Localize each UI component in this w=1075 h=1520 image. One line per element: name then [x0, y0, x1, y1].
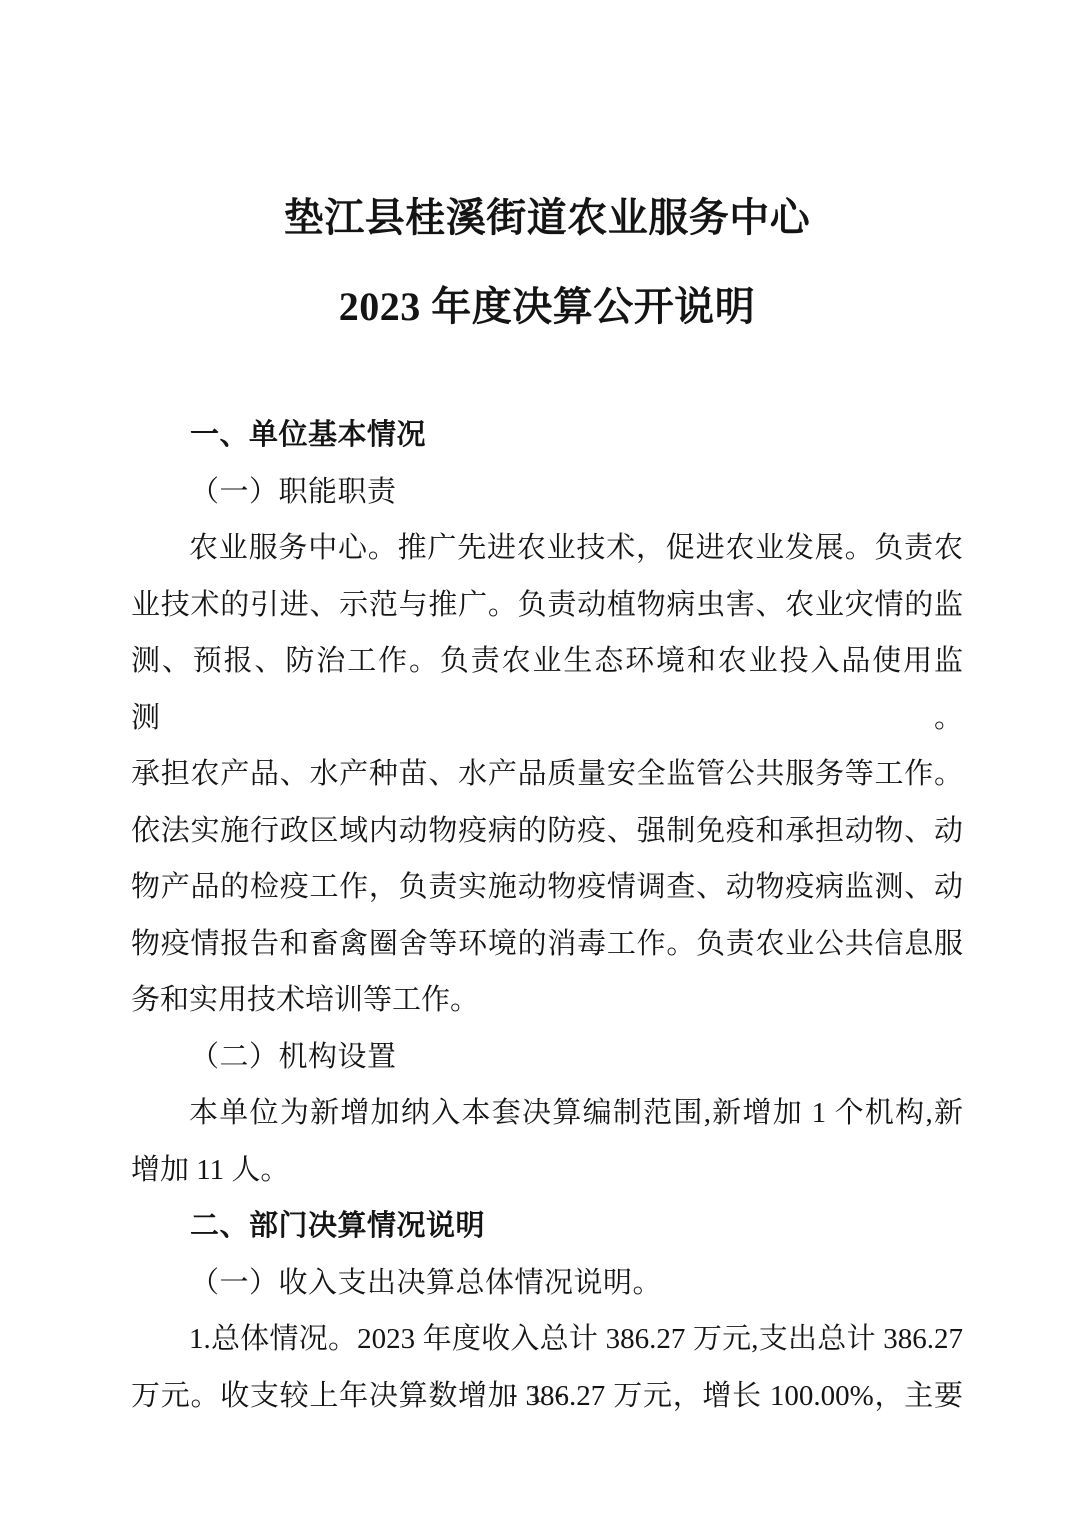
sub-section-heading: （二）机构设置 [131, 1029, 963, 1086]
paragraph-line: 业技术的引进、示范与推广。负责动植物病虫害、农业灾情的监 [131, 577, 963, 634]
document-title-line1: 垫江县桂溪街道农业服务中心 [131, 188, 963, 248]
paragraph-line: 增加 11 人。 [131, 1142, 963, 1199]
document-body: 一、单位基本情况（一）职能职责农业服务中心。推广先进农业技术，促进农业发展。负责… [131, 407, 963, 1424]
document-page: 垫江县桂溪街道农业服务中心 2023 年度决算公开说明 一、单位基本情况（一）职… [0, 0, 1075, 1520]
document-title-line2: 2023 年度决算公开说明 [131, 277, 963, 337]
section-heading: 一、单位基本情况 [131, 407, 963, 464]
paragraph-line: 测、预报、防治工作。负责农业生态环境和农业投入品使用监测。 [131, 633, 963, 746]
section-heading: 二、部门决算情况说明 [131, 1198, 963, 1255]
paragraph-line: 本单位为新增加纳入本套决算编制范围,新增加 1 个机构,新 [131, 1085, 963, 1142]
paragraph-line: 务和实用技术培训等工作。 [131, 972, 963, 1029]
sub-section-heading: （一）职能职责 [131, 464, 963, 521]
paragraph-line: 1.总体情况。2023 年度收入总计 386.27 万元,支出总计 386.27 [131, 1311, 963, 1368]
sub-section-heading: （一）收入支出决算总体情况说明。 [131, 1255, 963, 1312]
paragraph-line: 物产品的检疫工作，负责实施动物疫情调查、动物疫病监测、动 [131, 859, 963, 916]
page-number: - 1 - [0, 1381, 1075, 1409]
paragraph-line: 农业服务中心。推广先进农业技术，促进农业发展。负责农 [131, 520, 963, 577]
paragraph-line: 承担农产品、水产种苗、水产品质量安全监管公共服务等工作。 [131, 746, 963, 803]
paragraph-line: 依法实施行政区域内动物疫病的防疫、强制免疫和承担动物、动 [131, 803, 963, 860]
paragraph-line: 物疫情报告和畜禽圈舍等环境的消毒工作。负责农业公共信息服 [131, 916, 963, 973]
